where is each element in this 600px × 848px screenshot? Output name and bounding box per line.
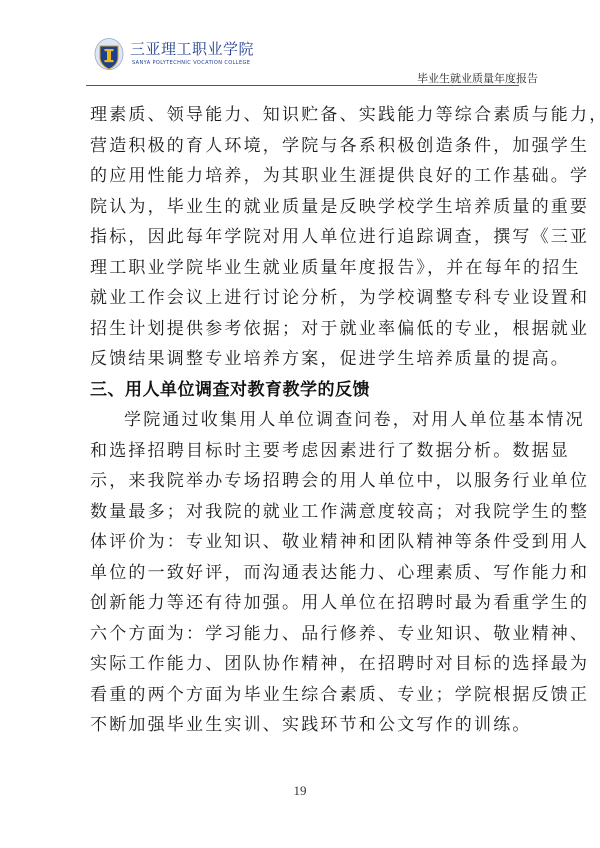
text-line: 体评价为：专业知识、敬业精神和团队精神等条件受到用人 [90,527,520,558]
document-body: 理素质、领导能力、知识贮备、实践能力等综合素质与能力， 营造积极的育人环境，学院… [90,100,520,741]
text-line: 营造积极的育人环境，学院与各系积极创造条件，加强学生 [90,131,520,162]
page-number: 19 [0,783,600,799]
school-name: 三亚理工职业学院 [130,38,254,59]
shield-crest-icon [94,38,124,72]
text-line: 理工职业学院毕业生就业质量年度报告》，并在每年的招生 [90,253,520,284]
report-title: 毕业生就业质量年度报告 [417,70,538,86]
text-line: 反馈结果调整专业培养方案，促进学生培养质量的提高。 [90,344,520,375]
school-name-english: SANYA POLYTECHNIC VOCATION COLLEGE [132,60,250,66]
text-line: 和选择招聘目标时主要考虑因素进行了数据分析。数据显 [90,436,520,467]
text-line: 单位的一致好评，而沟通表达能力、心理素质、写作能力和 [90,558,520,589]
text-line: 就业工作会议上进行讨论分析，为学校调整专科专业设置和 [90,283,520,314]
page-header: 三亚理工职业学院 SANYA POLYTECHNIC VOCATION COLL… [86,36,556,86]
text-line: 理素质、领导能力、知识贮备、实践能力等综合素质与能力， [90,100,520,131]
text-line: 学院通过收集用人单位调查问卷，对用人单位基本情况 [90,405,520,436]
text-line: 创新能力等还有待加强。用人单位在招聘时最为看重学生的 [90,588,520,619]
text-line: 的应用性能力培养，为其职业生涯提供良好的工作基础。学 [90,161,520,192]
paragraph-1: 理素质、领导能力、知识贮备、实践能力等综合素质与能力， 营造积极的育人环境，学院… [90,100,520,375]
header-divider [86,85,519,86]
text-line: 看重的两个方面为毕业生综合素质、专业；学院根据反馈正 [90,680,520,711]
text-line: 招生计划提供参考依据；对于就业率偏低的专业，根据就业 [90,314,520,345]
text-line: 示，来我院举办专场招聘会的用人单位中，以服务行业单位 [90,466,520,497]
text-line: 实际工作能力、团队协作精神，在招聘时对目标的选择最为 [90,649,520,680]
text-line: 六个方面为：学习能力、品行修养、专业知识、敬业精神、 [90,619,520,650]
section-heading: 三、用人单位调查对教育教学的反馈 [90,375,520,406]
paragraph-2: 学院通过收集用人单位调查问卷，对用人单位基本情况 和选择招聘目标时主要考虑因素进… [90,405,520,741]
text-line: 数量最多；对我院的就业工作满意度较高；对我院学生的整 [90,497,520,528]
text-line: 院认为，毕业生的就业质量是反映学校学生培养质量的重要 [90,192,520,223]
text-line: 指标，因此每年学院对用人单位进行追踪调查，撰写《三亚 [90,222,520,253]
text-line: 不断加强毕业生实训、实践环节和公文写作的训练。 [90,710,520,741]
